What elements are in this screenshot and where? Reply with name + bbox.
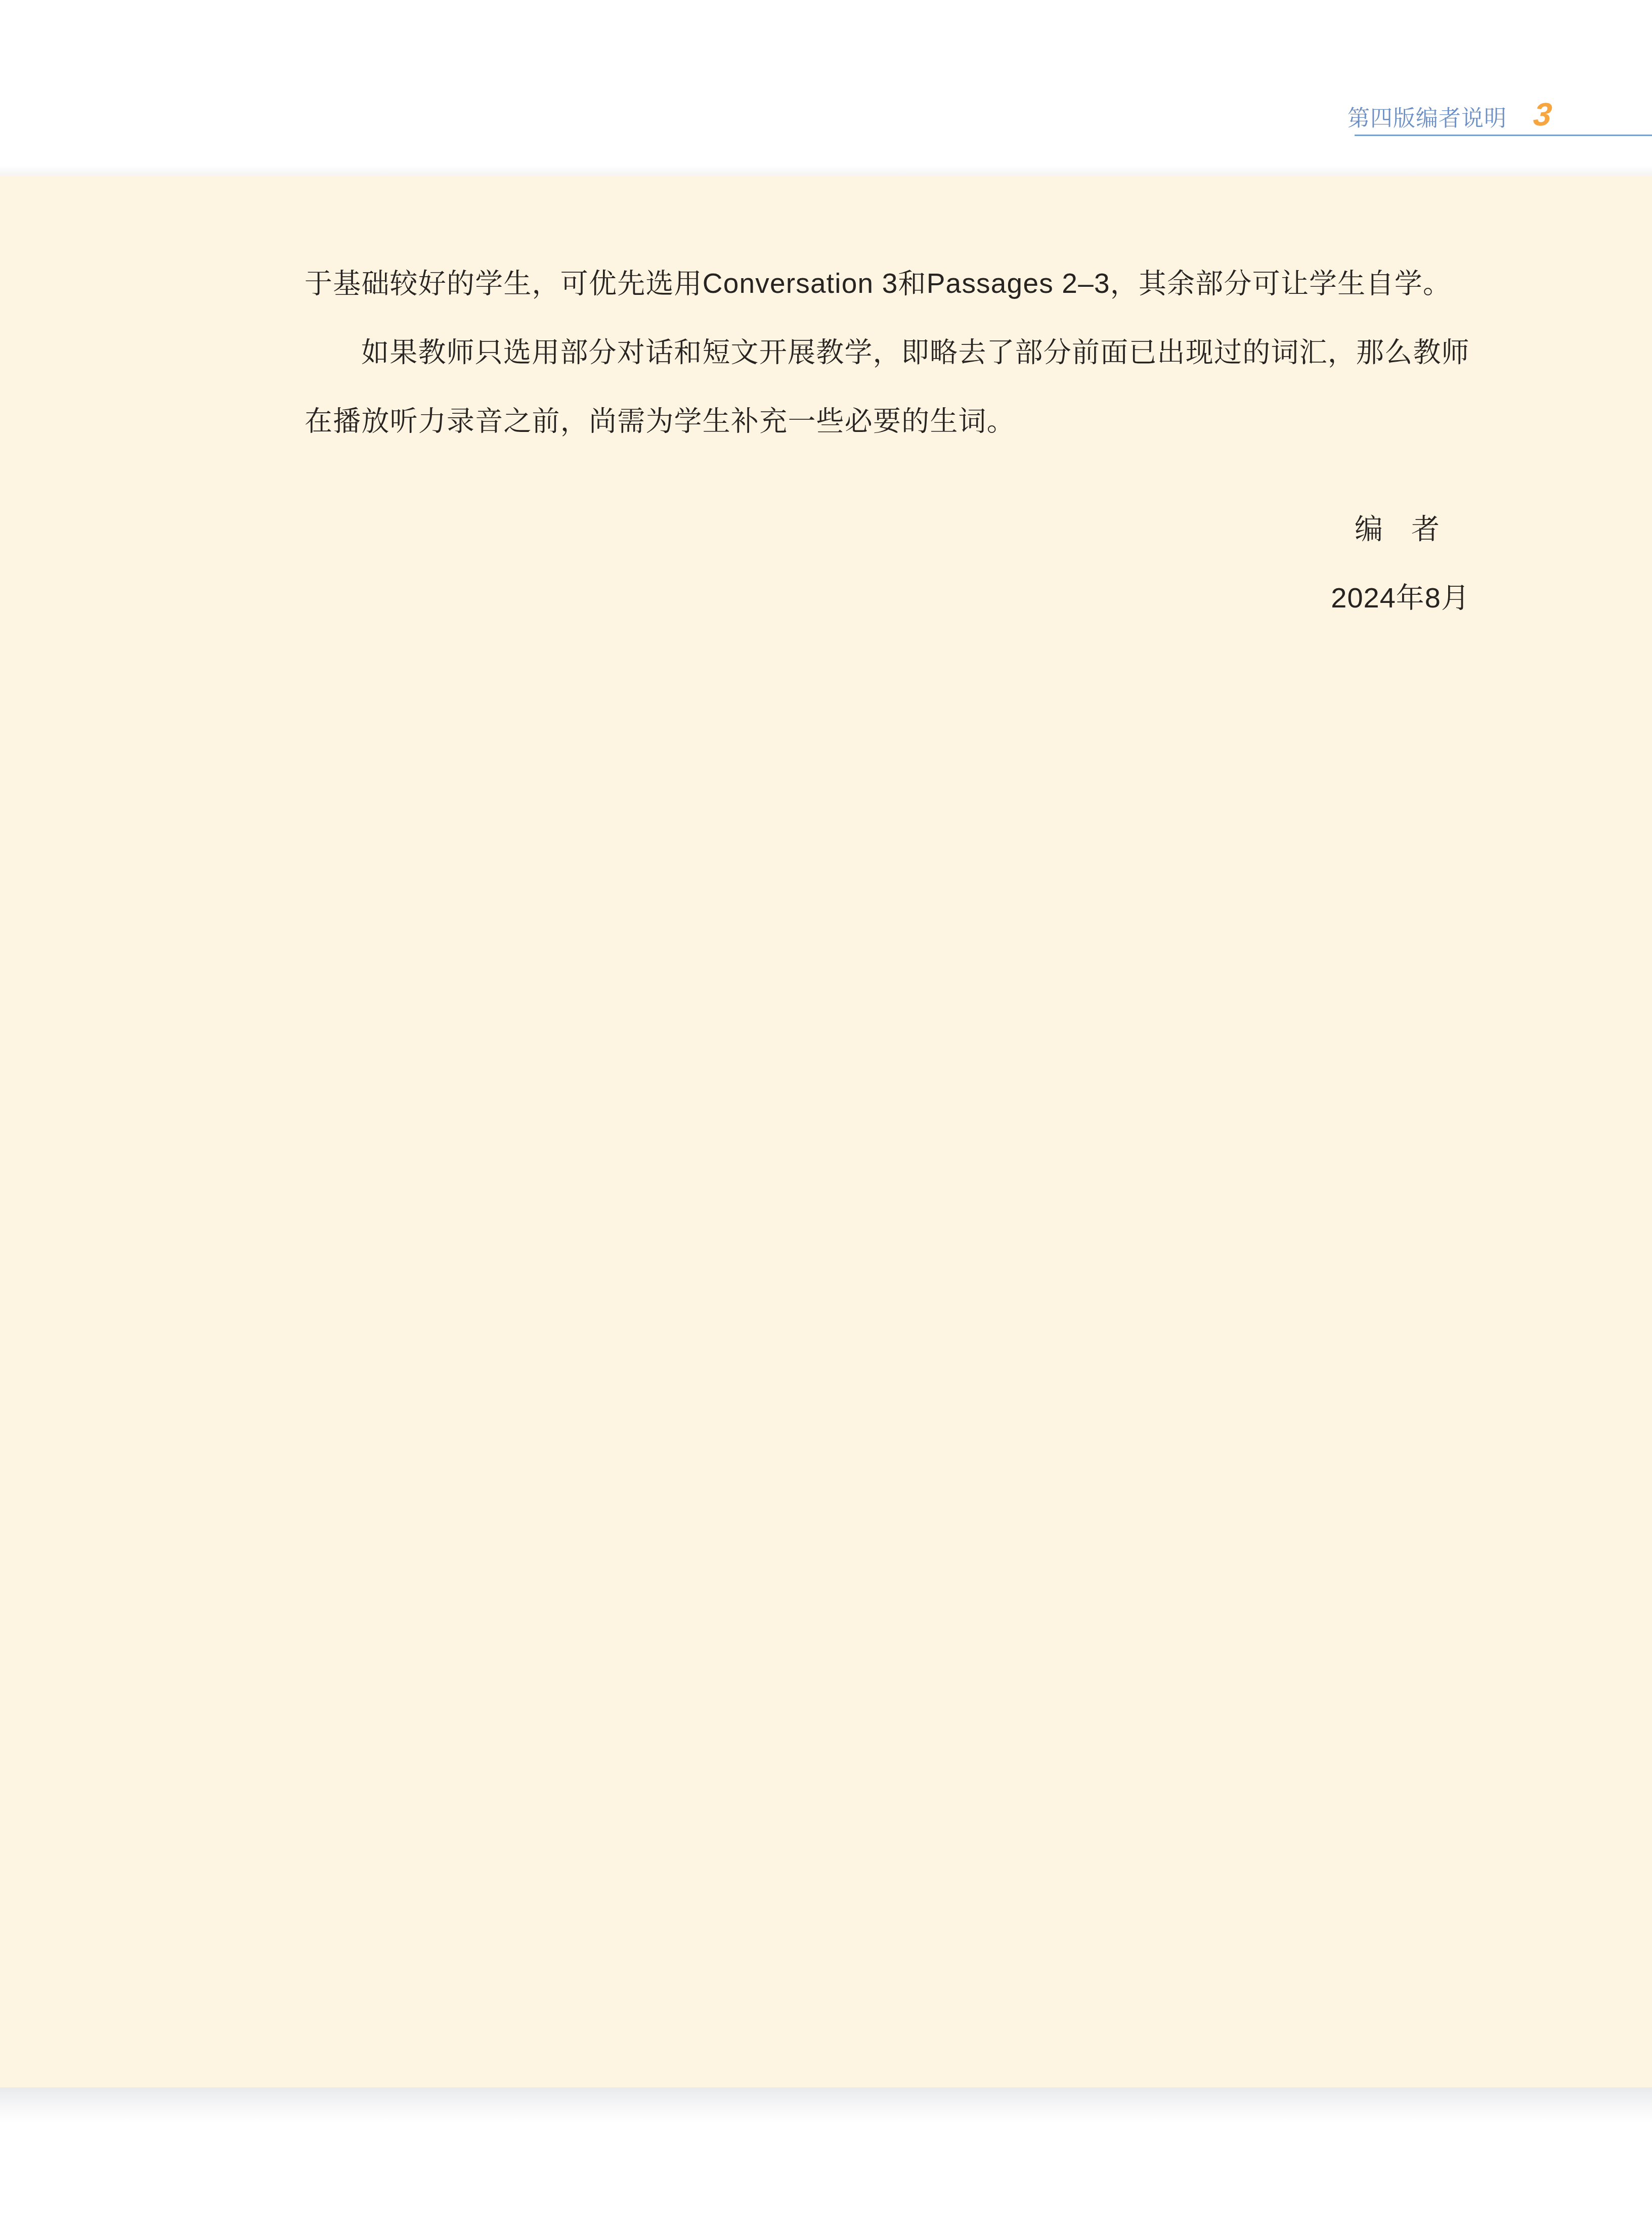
paragraph-line-2: 如果教师只选用部分对话和短文开展教学，即略去了部分前面已出现过的词汇，那么教师 [305,318,1488,386]
body-text: 于基础较好的学生，可优先选用Conversation 3和Passages 2–… [305,249,1488,455]
paragraph-line-1: 于基础较好的学生，可优先选用Conversation 3和Passages 2–… [305,249,1488,318]
content-sheet [0,176,1652,2087]
sheet-top-fade [0,165,1652,176]
header-rule [1355,135,1652,136]
header-page-number: 3 [1532,98,1553,130]
sheet-bottom-shadow [0,2087,1652,2123]
header-section-title: 第四版编者说明 [1347,106,1507,132]
paragraph-line-3: 在播放听力录音之前，尚需为学生补充一些必要的生词。 [305,386,1488,455]
signature-editor: 编 者 [1355,512,1440,546]
book-page: 第四版编者说明 3 于基础较好的学生，可优先选用Conversation 3和P… [0,0,1652,2225]
signature-date: 2024年8月 [1331,581,1470,615]
